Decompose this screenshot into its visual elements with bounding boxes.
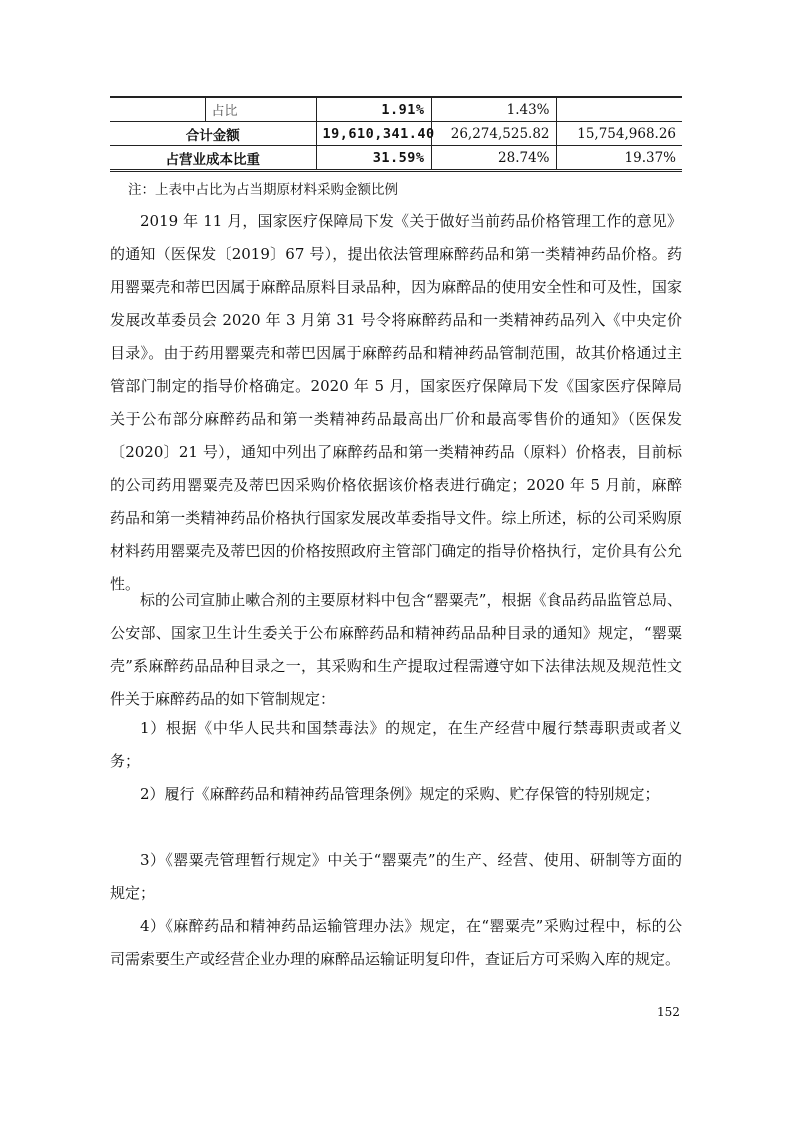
paragraph: 2019 年 11 月，国家医疗保障局下发《关于做好当前药品价格管理工作的意见》… — [110, 205, 682, 601]
body-text: 3）《罂粟壳管理暂行规定》中关于“罂粟壳”的生产、经营、使用、研制等方面的规定； — [110, 844, 682, 910]
row-label: 占比 — [205, 97, 316, 122]
list-item: 1）根据《中华人民共和国禁毒法》的规定，在生产经营中履行禁毒职责或者义务； — [110, 712, 682, 778]
list-item: 3）《罂粟壳管理暂行规定》中关于“罂粟壳”的生产、经营、使用、研制等方面的规定； — [110, 844, 682, 910]
list-item: 2）履行《麻醉药品和精神药品管理条例》规定的采购、贮存保管的特别规定； — [110, 778, 682, 811]
paragraph: 标的公司宣肺止嗽合剂的主要原材料中包含“罂粟壳”，根据《食品药品监管总局、公安部… — [110, 584, 682, 716]
body-text: 1）根据《中华人民共和国禁毒法》的规定，在生产经营中履行禁毒职责或者义务； — [110, 712, 682, 778]
value-cell: 19,610,341.40 — [316, 122, 431, 146]
table-row: 占营业成本比重 31.59% 28.74% 19.37% — [110, 146, 682, 171]
value-cell — [556, 97, 682, 122]
value-cell: 19.37% — [556, 146, 682, 171]
value-cell: 1.91% — [316, 97, 431, 122]
body-text: 2019 年 11 月，国家医疗保障局下发《关于做好当前药品价格管理工作的意见》… — [110, 205, 682, 601]
table-row: 合计金额 19,610,341.40 26,274,525.82 15,754,… — [110, 122, 682, 146]
empty-cell — [110, 97, 205, 122]
value-cell: 15,754,968.26 — [556, 122, 682, 146]
table-note: 注：上表中占比为占当期原材料采购金额比例 — [128, 178, 398, 198]
row-label: 占营业成本比重 — [110, 146, 316, 171]
row-label: 合计金额 — [110, 122, 316, 146]
value-cell: 28.74% — [431, 146, 556, 171]
table-row: 占比 1.91% 1.43% — [110, 97, 682, 122]
cost-table: 占比 1.91% 1.43% 合计金额 19,610,341.40 26,274… — [110, 96, 682, 172]
body-text: 2）履行《麻醉药品和精神药品管理条例》规定的采购、贮存保管的特别规定； — [110, 778, 682, 811]
page-number: 152 — [657, 1005, 680, 1019]
value-cell: 31.59% — [316, 146, 431, 171]
list-item: 4）《麻醉药品和精神药品运输管理办法》规定，在“罂粟壳”采购过程中，标的公司需索… — [110, 910, 682, 976]
value-cell: 26,274,525.82 — [431, 122, 556, 146]
value-cell: 1.43% — [431, 97, 556, 122]
body-text: 4）《麻醉药品和精神药品运输管理办法》规定，在“罂粟壳”采购过程中，标的公司需索… — [110, 910, 682, 976]
body-text: 标的公司宣肺止嗽合剂的主要原材料中包含“罂粟壳”，根据《食品药品监管总局、公安部… — [110, 584, 682, 716]
